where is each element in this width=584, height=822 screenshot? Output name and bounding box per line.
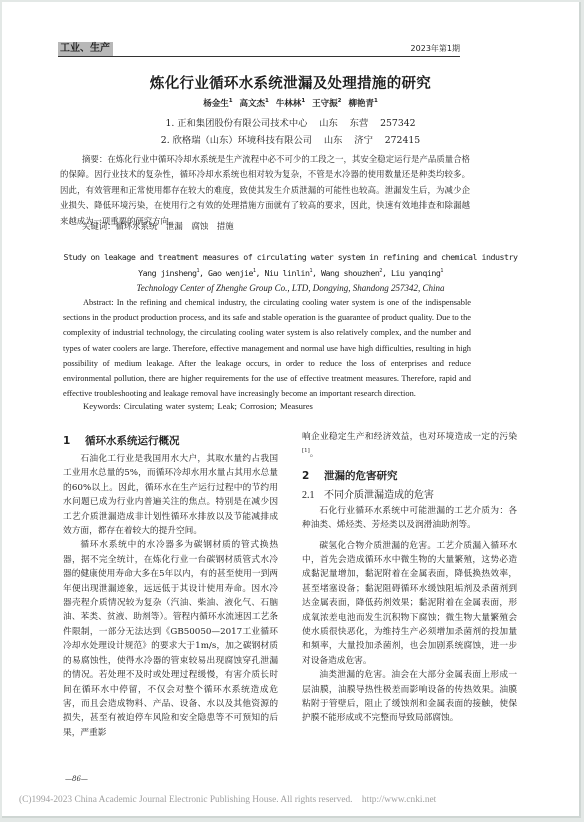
paragraph: 油类泄漏的危害。油会在大部分金属表面上形成一层油膜，油膜导热性极差而影响设备的传… — [302, 668, 517, 726]
abstract-chinese: 摘要：在炼化行业中循环冷却水系统是生产流程中必不可少的工段之一，其安全稳定运行是… — [60, 152, 470, 229]
english-title: Study on leakage and treatment measures … — [2, 252, 579, 262]
paragraph: 石化行业循环水系统中可能泄漏的工艺介质为：各种油类、烯烃类、芳烃类以及润滑油助剂… — [302, 504, 517, 533]
subsection-heading-2-1: 2.1不同介质泄漏造成的危害 — [302, 488, 517, 504]
paragraph: 石油化工行业是我国用水大户，其取水量约占我国工业用水总量的5%，而循环冷却水用水… — [63, 452, 278, 538]
author: 高文杰1 — [240, 99, 269, 109]
author: 王守振2 — [312, 99, 341, 109]
copyright-footer: (C)1994-2023 China Academic Journal Elec… — [19, 795, 564, 805]
author: 柳艳青1 — [348, 99, 377, 109]
keywords-chinese: 关键词：循环水系统 泄漏 腐蚀 措施 — [82, 220, 234, 232]
journal-page: 工业、生产 2023年第1期 炼化行业循环水系统泄漏及处理措施的研究 杨金生1 … — [2, 2, 581, 818]
running-header: 工业、生产 2023年第1期 — [58, 42, 460, 57]
page-number: —86— — [65, 775, 88, 783]
section-label: 工业、生产 — [58, 42, 113, 56]
section-heading-2: 2泄漏的危害研究 — [302, 468, 517, 484]
section-heading-1: 1循环水系统运行概况 — [63, 433, 278, 449]
english-author-list: Yang jinsheng1, Gao wenjie1, Niu linlin1… — [2, 268, 579, 278]
author-list: 杨金生1 高文杰1 牛林林1 王守振2 柳艳青1 — [2, 97, 579, 109]
issue-label: 2023年第1期 — [411, 43, 460, 55]
abstract-english: Abstract: In the refining and chemical i… — [63, 295, 471, 401]
author: 牛林林1 — [276, 99, 305, 109]
english-affiliation: Technology Center of Zhenghe Group Co., … — [2, 283, 579, 293]
author: 杨金生1 — [203, 99, 232, 109]
affiliation-2: 2. 欣格瑞（山东）环境科技有限公司 山东 济宁 272415 — [2, 132, 579, 146]
body-column-right: 响企业稳定生产和经济效益，也对环境造成一定的污染[1]。 2泄漏的危害研究 2.… — [302, 430, 517, 726]
paragraph: 碳氢化合物介质泄漏的危害。工艺介质漏入循环水中，首先会造成循环水中微生物的大量繁… — [302, 539, 517, 669]
keywords-english: Keywords: Circulating water system; Leak… — [83, 401, 313, 411]
affiliation-1: 1. 正和集团股份有限公司技术中心 山东 东营 257342 — [2, 115, 579, 129]
paragraph: 循环水系统中的水冷器多为碳钢材质的管式换热器，据不完全统计，在炼化行业一台碳钢材… — [63, 538, 278, 740]
abstract-text: 在炼化行业中循环冷却水系统是生产流程中必不可少的工段之一，其安全稳定运行是产品质… — [60, 154, 470, 226]
paper-title: 炼化行业循环水系统泄漏及处理措施的研究 — [2, 72, 579, 93]
abstract-label: 摘要： — [60, 154, 107, 164]
paragraph-continuation: 响企业稳定生产和经济效益，也对环境造成一定的污染[1]。 — [302, 430, 517, 462]
citation: [1] — [302, 448, 310, 454]
body-column-left: 1循环水系统运行概况 石油化工行业是我国用水大户，其取水量约占我国工业用水总量的… — [63, 433, 278, 740]
abstract-label-en: Abstract: — [63, 298, 114, 307]
abstract-text-en: In the refining and chemical industry, t… — [63, 298, 471, 398]
